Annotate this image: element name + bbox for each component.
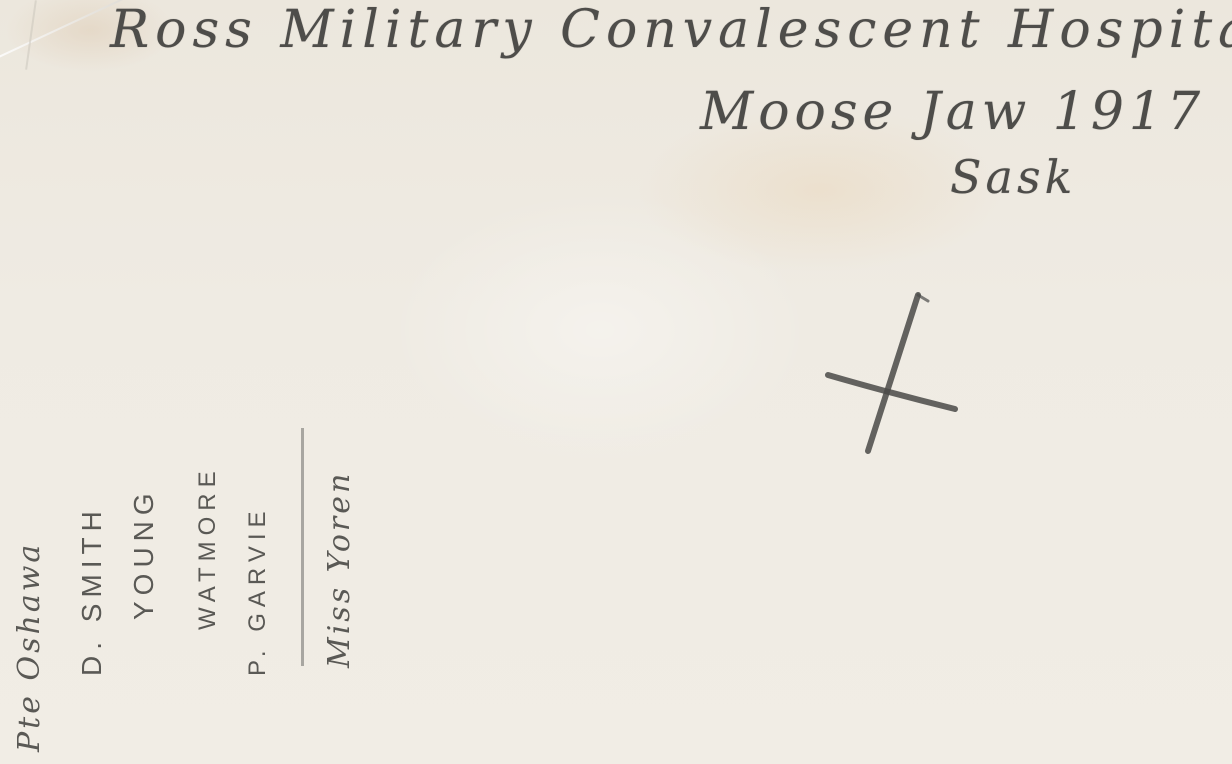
name-item: D. SMITH — [76, 505, 108, 676]
name-item: Miss Yoren — [322, 471, 357, 668]
names-list: Pte Oshawa D. SMITH YOUNG WATMORE P. GAR… — [0, 0, 400, 764]
photo-back: Ross Military Convalescent Hospital Moos… — [0, 0, 1232, 764]
cross-mark-icon — [820, 285, 970, 465]
heading-line-province: Sask — [950, 150, 1076, 204]
heading-line-place-year: Moose Jaw 1917 — [700, 82, 1205, 142]
name-item: WATMORE — [194, 465, 222, 630]
name-item: Pte Oshawa — [12, 542, 47, 752]
name-item: P. GARVIE — [244, 505, 272, 676]
name-item: YOUNG — [128, 487, 160, 620]
divider-line — [301, 428, 304, 666]
